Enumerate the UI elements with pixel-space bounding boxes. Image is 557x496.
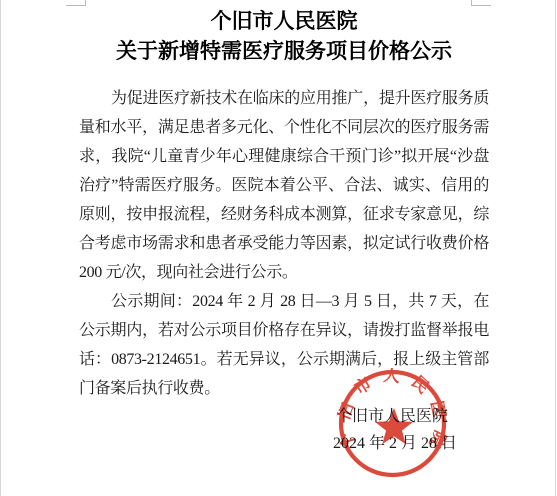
title-line-1: 个旧市人民医院 bbox=[79, 7, 489, 37]
document-body: 为促进医疗新技术在临床的应用推广，提升医疗服务质量和水平，满足患者多元化、个性化… bbox=[79, 84, 489, 403]
signature-block: 个旧市人民医院 2024 年 2 月 28 日 bbox=[333, 403, 457, 457]
margin-crop-mark-left bbox=[66, 0, 86, 6]
document-title: 个旧市人民医院 关于新增特需医疗服务项目价格公示 bbox=[79, 7, 489, 67]
document-page: 个旧市人民医院 关于新增特需医疗服务项目价格公示 为促进医疗新技术在临床的应用推… bbox=[0, 0, 557, 496]
signature-date: 2024 年 2 月 28 日 bbox=[333, 430, 457, 457]
paragraph-publicity-period: 公示期间：2024 年 2 月 28 日—3 月 5 日，共 7 天，在公示期内… bbox=[79, 287, 489, 403]
signature-organization: 个旧市人民医院 bbox=[333, 403, 457, 430]
page-edge-left bbox=[0, 0, 1, 496]
page-edge-right bbox=[555, 0, 556, 496]
paragraph-intro: 为促进医疗新技术在临床的应用推广，提升医疗服务质量和水平，满足患者多元化、个性化… bbox=[79, 84, 489, 287]
title-line-2: 关于新增特需医疗服务项目价格公示 bbox=[79, 37, 489, 67]
margin-crop-mark-right bbox=[471, 0, 491, 6]
